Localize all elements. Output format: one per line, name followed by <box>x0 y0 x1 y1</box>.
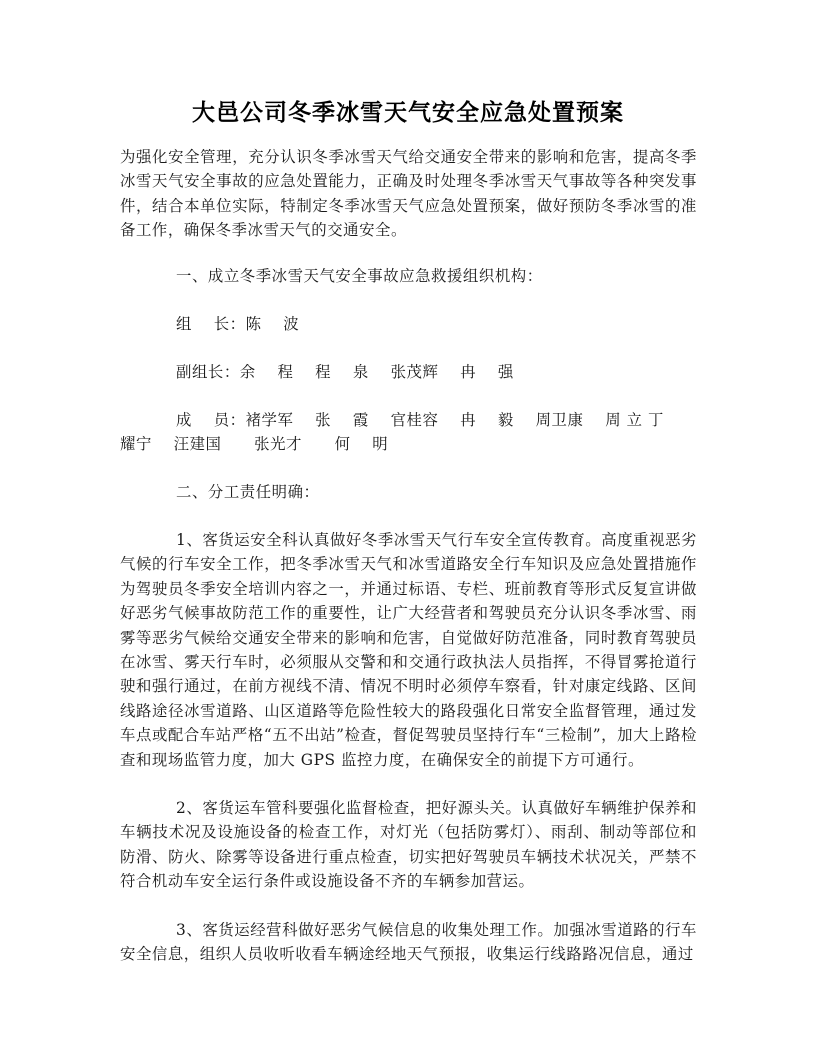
responsibility-item-1: 1、客货运安全科认真做好冬季冰雪天气行车安全宣传教育。高度重视恶劣气候的行车安全… <box>120 528 697 772</box>
members-line-continued: 耀宁 汪建国 张光才 何 明 <box>120 432 388 456</box>
members-line: 成 员：褚学军 张 霞 官桂容 冉 毅 周卫康 周 立 丁 <box>176 408 664 432</box>
leader-line: 组 长：陈 波 <box>176 312 299 336</box>
responsibility-item-3: 3、客货运经营科做好恶劣气候信息的收集处理工作。加强冰雪道路的行车安全信息，组织… <box>120 918 697 967</box>
document-title: 大邑公司冬季冰雪天气安全应急处置预案 <box>0 98 816 128</box>
intro-paragraph: 为强化安全管理，充分认识冬季冰雪天气给交通安全带来的影响和危害，提高冬季冰雪天气… <box>120 145 697 243</box>
section-heading-responsibilities: 二、分工责任明确： <box>176 480 319 504</box>
document-page: 大邑公司冬季冰雪天气安全应急处置预案 为强化安全管理，充分认识冬季冰雪天气给交通… <box>0 0 816 1056</box>
section-heading-organization: 一、成立冬季冰雪天气安全事故应急救援组织机构： <box>176 264 543 288</box>
responsibility-item-2: 2、客货运车管科要强化监督检查，把好源头关。认真做好车辆维护保养和车辆技术况及设… <box>120 796 697 894</box>
deputy-leader-line: 副组长：余 程 程 泉 张茂辉 冉 强 <box>176 360 514 384</box>
